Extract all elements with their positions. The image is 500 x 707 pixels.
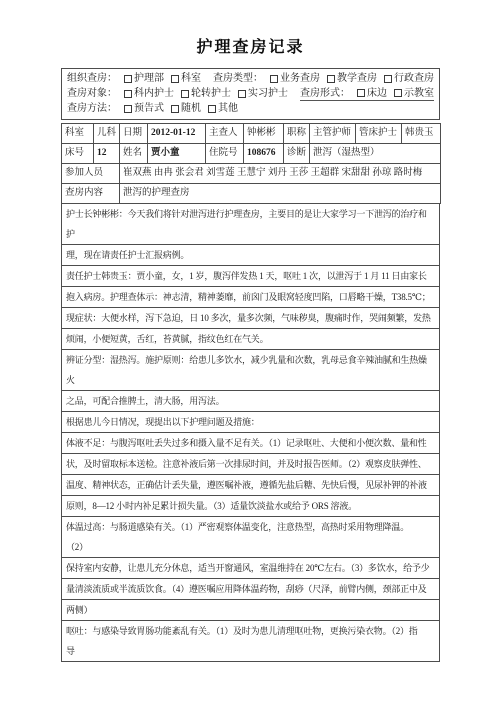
job-title-value: 主管护师 [310,124,356,144]
meta-option: 轮转护士 [181,86,231,101]
meta-option-label: 其他 [218,101,238,116]
meta-option-label: 行政查房 [394,71,434,86]
record-line: 烦闹，小便短黄，舌红，苔黄腻，指纹色红在气关。 [66,329,435,349]
record-line: 现症状：大便水样，泻下急迫，日 10 多次，量多次频，气味秽臭，腹痛时作，哭闹频… [66,308,435,328]
document-page: 护理查房记录 组织查房： 护理部 科室 查房类型： 业务查房 教学查房 行政查房… [0,0,500,707]
record-line: 呕吐：与感染导致胃肠功能紊乱有关。（1）及时为患儿清理呕吐物，更换污染衣物。（2… [66,621,435,641]
round-content-value: 泄泻的护理查房 [120,184,441,204]
checkbox-icon [171,75,179,83]
record-line: 责任护士韩贵玉：贾小童，女，1 岁，腹泻伴发热 1 天，呕吐 1 次，以泄泻于 … [66,266,435,286]
record-row: 抱入病房。护理查体示：神志清，精神萎靡，前囟门及眼窝轻度凹陷，口唇略干燥，T38… [61,287,440,308]
meta-option-label: 业务查房 [280,71,320,86]
record-line: 之品，可配合推脾土，清大肠，用泻法。 [66,391,435,411]
meta-field-label: 查房方法： [67,101,117,116]
checkbox-icon [124,90,132,98]
record-row: 原则，8—12 小时内补足累计损失量。（3）适量饮淡盐水或给予 ORS 溶液。 [61,496,440,517]
checkbox-icon [124,75,132,83]
meta-field-method: 查房方法： 预告式 随机 其他 [67,101,238,116]
record-body: 护士长钟彬彬：今天我们将针对泄泻进行护理查房，主要目的是让大家学习一下泄泻的治疗… [61,204,440,662]
meta-option-label: 预告式 [134,101,164,116]
checkbox-icon [357,89,365,97]
patient-name-value: 贾小童 [148,144,206,164]
record-row: 现症状：大便水样，泻下急迫，日 10 多次，量多次频，气味秽臭，腹痛时作，哭闹频… [61,308,440,329]
patient-name-label: 姓名 [120,144,148,164]
meta-option: 科内护士 [124,86,174,101]
meta-option: 实习护士 [238,86,288,101]
meta-option: 随机 [171,101,201,116]
meta-field-round-type: 查房类型： 业务查房 教学查房 行政查房 [213,71,434,86]
record-line: 护 [66,224,435,244]
meta-option-label: 示教室 [404,86,434,101]
job-title-label: 职称 [284,124,310,144]
meta-option-label: 教学查房 [337,71,377,86]
checkbox-icon [238,90,246,98]
record-line: 两侧） [66,600,435,620]
meta-row-target: 查房对象： 科内护士 轮转护士 实习护士 查房形式： 床边 示教室 [67,86,434,101]
record-line: 护士长钟彬彬：今天我们将针对泄泻进行护理查房，主要目的是让大家学习一下泄泻的治疗… [66,204,435,224]
diagnosis-value: 泄泻（湿热型） [310,144,441,164]
dept-value: 儿科 [94,124,120,144]
checkbox-icon [394,89,402,97]
date-label: 日期 [120,124,148,144]
record-line: 根据患儿今日情况，现提出以下护理问题及措施： [66,412,435,432]
info-row-participants: 参加人员 崔双燕 由冉 张会君 刘雪莲 王慧宁 刘丹 王莎 王超群 宋甜甜 孙琼… [62,164,441,184]
record-row: 烦闹，小便短黄，舌红，苔黄腻，指纹色红在气关。 [61,329,440,350]
record-line: 状，及时留取标本送检。注意补液后第一次排尿时间，并及时报告医师。（2）观察皮肤弹… [66,454,435,474]
meta-field-label: 查房对象： [67,86,117,101]
meta-option-label: 床边 [367,86,387,101]
admission-no-value: 108676 [244,144,284,164]
meta-option: 教学查房 [327,71,377,86]
record-row: 保持室内安静，让患儿充分休息，适当开窗通风，室温维持在 20℃左右。（3）多饮水… [61,558,440,579]
checkbox-icon [384,75,392,83]
record-row: 体温过高：与肠道感染有关。（1）严密观察体温变化，注意热型，高热时采用物理降温。… [61,517,440,558]
info-row-content: 查房内容 泄泻的护理查房 [62,184,441,204]
checkbox-icon [270,75,278,83]
diagnosis-label: 诊断 [284,144,310,164]
checkbox-icon [181,90,189,98]
examiner-label: 主查人 [206,124,244,144]
checkbox-icon [327,75,335,83]
meta-field-label: 查房形式： [300,86,350,101]
bed-nurse-label: 管床护士 [356,124,402,144]
meta-option-label: 随机 [181,101,201,116]
examiner-value: 钟彬彬 [244,124,284,144]
record-line: 辨证分型：湿热泻。施护原则：给患儿多饮水，减少乳量和次数，乳母忌食辛辣油腻和生热… [66,350,435,370]
record-line: 火 [66,370,435,390]
meta-box: 组织查房： 护理部 科室 查房类型： 业务查房 教学查房 行政查房 查房对象： … [61,68,440,120]
record-line: 理，现在请责任护士汇报病例。 [66,245,435,265]
meta-field-label: 组织查房： [67,71,117,86]
dept-label: 科室 [62,124,94,144]
checkbox-icon [208,105,216,113]
meta-option-label: 护理部 [134,71,164,86]
meta-field-organizer: 组织查房： 护理部 科室 [67,71,201,86]
participants-label: 参加人员 [62,164,120,184]
info-row-2: 床号 12 姓名 贾小童 住院号 108676 诊断 泄泻（湿热型） [62,144,441,164]
round-content-label: 查房内容 [62,184,120,204]
record-line: 保持室内安静，让患儿充分休息，适当开窗通风，室温维持在 20℃左右。（3）多饮水… [66,558,435,578]
record-line: 体液不足：与腹泻呕吐丢失过多和摄入量不足有关。（1）记录呕吐、大便和小便次数、量… [66,433,435,453]
bed-nurse-value: 韩贵玉 [402,124,441,144]
record-row: 呕吐：与感染导致胃肠功能紊乱有关。（1）及时为患儿清理呕吐物，更换污染衣物。（2… [61,621,440,662]
bed-no-label: 床号 [62,144,94,164]
record-row: 辨证分型：湿热泻。施护原则：给患儿多饮水，减少乳量和次数，乳母忌食辛辣油腻和生热… [61,350,440,391]
record-row: 体液不足：与腹泻呕吐丢失过多和摄入量不足有关。（1）记录呕吐、大便和小便次数、量… [61,433,440,454]
record-row: 状，及时留取标本送检。注意补液后第一次排尿时间，并及时报告医师。（2）观察皮肤弹… [61,454,440,475]
page-title: 护理查房记录 [61,34,440,57]
record-row: 量清淡流质或半流质饮食。（4）遵医嘱应用降体温药物，刮痧（尺泽，前臂内侧，颈部正… [61,579,440,600]
meta-option: 其他 [208,101,238,116]
record-row: 护士长钟彬彬：今天我们将针对泄泻进行护理查房，主要目的是让大家学习一下泄泻的治疗… [61,204,440,245]
meta-option-label: 科室 [181,71,201,86]
meta-field-round-form: 查房形式： 床边 示教室 [300,86,434,101]
info-table: 科室 儿科 日期 2012-01-12 主查人 钟彬彬 职称 主管护师 管床护士… [61,123,441,204]
meta-option-label: 科内护士 [134,86,174,101]
meta-option-label: 轮转护士 [191,86,231,101]
checkbox-icon [124,105,132,113]
record-line: 原则，8—12 小时内补足累计损失量。（3）适量饮淡盐水或给予 ORS 溶液。 [66,496,435,516]
meta-row-organizer: 组织查房： 护理部 科室 查房类型： 业务查房 教学查房 行政查房 [67,71,434,86]
meta-option: 业务查房 [270,71,320,86]
meta-field-target: 查房对象： 科内护士 轮转护士 实习护士 [67,86,288,101]
bed-no-value: 12 [94,144,120,164]
meta-row-method: 查房方法： 预告式 随机 其他 [67,101,434,116]
record-row: 责任护士韩贵玉：贾小童，女，1 岁，腹泻伴发热 1 天，呕吐 1 次，以泄泻于 … [61,266,440,287]
record-line: 量清淡流质或半流质饮食。（4）遵医嘱应用降体温药物，刮痧（尺泽，前臂内侧，颈部正… [66,579,435,599]
meta-option: 示教室 [394,86,434,101]
admission-no-label: 住院号 [206,144,244,164]
record-row: 理，现在请责任护士汇报病例。 [61,245,440,266]
meta-option: 护理部 [124,71,164,86]
meta-option-label: 实习护士 [248,86,288,101]
info-row-1: 科室 儿科 日期 2012-01-12 主查人 钟彬彬 职称 主管护师 管床护士… [62,124,441,144]
meta-option: 行政查房 [384,71,434,86]
meta-option: 预告式 [124,101,164,116]
record-row: 之品，可配合推脾土，清大肠，用泻法。 [61,391,440,412]
record-line: 抱入病房。护理查体示：神志清，精神萎靡，前囟门及眼窝轻度凹陷，口唇略干燥，T38… [66,287,435,307]
date-value: 2012-01-12 [148,124,206,144]
checkbox-icon [171,105,179,113]
record-row: 温度、精神状态，正确估计丢失量，遵医嘱补液，遵循先盐后糖、先快后慢，见尿补钾的补… [61,475,440,496]
meta-field-label: 查房类型： [213,71,263,86]
record-line: （2） [66,537,435,557]
record-row: 根据患儿今日情况，现提出以下护理问题及措施： [61,412,440,433]
record-line: 体温过高：与肠道感染有关。（1）严密观察体温变化，注意热型，高热时采用物理降温。 [66,517,435,537]
meta-option: 床边 [357,86,387,101]
record-row: 两侧） [61,600,440,621]
participants-value: 崔双燕 由冉 张会君 刘雪莲 王慧宁 刘丹 王莎 王超群 宋甜甜 孙琼 路时梅 [120,164,441,184]
record-line: 导 [66,641,435,661]
meta-option: 科室 [171,71,201,86]
record-line: 温度、精神状态，正确估计丢失量，遵医嘱补液，遵循先盐后糖、先快后慢，见尿补钾的补… [66,475,435,495]
